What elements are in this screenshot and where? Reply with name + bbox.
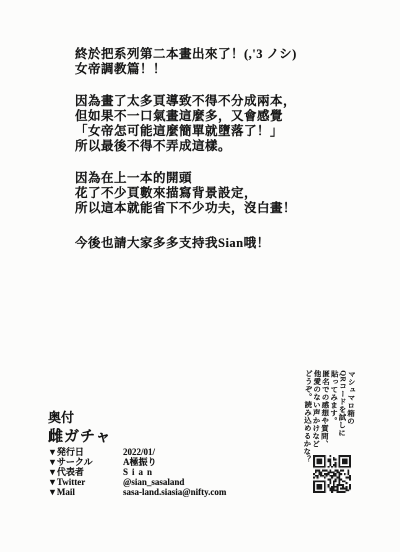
paragraph: 終於把系列第二本畫出來了！(,'3 ノシ)女帝調教篇！！ [75, 47, 375, 77]
colophon-row-value: Sian [123, 467, 156, 477]
note-line: どうぞ。読み込めるかな？ [302, 369, 312, 455]
qr-code [313, 455, 351, 493]
paragraph: 今後也請大家多多支持我Sian哦！ [75, 236, 375, 251]
colophon-row-value: A極振り [123, 457, 157, 467]
text-line: 今後也請大家多多支持我Sian哦！ [75, 236, 375, 251]
book-title: 雌ガチャ [48, 429, 298, 445]
text-line: 女帝調教篇！！ [75, 62, 375, 77]
marshmallow-note: マシュマロ箱のQRコードを試しに貼ってみます。匿名での感想や質問、他愛のない声か… [302, 369, 355, 456]
colophon-row-value: @sian_sasaland [123, 477, 184, 487]
text-line: 「女帝怎可能這麼簡單就墮落了！」 [75, 124, 375, 139]
colophon-row: ▼サークルA極振り [48, 458, 298, 468]
text-line: 因為畫了太多頁導致不得不分成兩本， [75, 94, 375, 109]
text-line: 但如果不一口氣畫這麼多，又會感覺 [75, 109, 375, 124]
text-line: 所以這本就能省下不少功夫，沒白畫！ [75, 201, 375, 216]
colophon: 奥付 雌ガチャ ▼発行日2022/01/▼サークルA極振り▼代表者Sian▼Tw… [48, 411, 298, 498]
paragraph: 因為在上一本的開頭花了不少頁數來描寫背景設定，所以這本就能省下不少功夫，沒白畫！ [75, 171, 375, 216]
colophon-heading: 奥付 [48, 411, 298, 425]
colophon-row-value: sasa-land.siasia@nifty.com [123, 487, 226, 497]
afterword-page: 終於把系列第二本畫出來了！(,'3 ノシ)女帝調教篇！！因為畫了太多頁導致不得不… [0, 0, 400, 552]
text-line: 所以最後不得不弄成這樣。 [75, 139, 375, 154]
text-line: 終於把系列第二本畫出來了！(,'3 ノシ) [75, 47, 375, 62]
colophon-row: ▼Mailsasa-land.siasia@nifty.com [48, 488, 298, 498]
colophon-rows: ▼発行日2022/01/▼サークルA極振り▼代表者Sian▼Twitter@si… [48, 448, 298, 498]
colophon-row-label: ▼Mail [48, 488, 123, 498]
text-line: 花了不少頁數來描寫背景設定， [75, 186, 375, 201]
paragraph: 因為畫了太多頁導致不得不分成兩本，但如果不一口氣畫這麼多，又會感覺「女帝怎可能這… [75, 94, 375, 154]
afterword-text: 終於把系列第二本畫出來了！(,'3 ノシ)女帝調教篇！！因為畫了太多頁導致不得不… [75, 47, 375, 268]
text-line: 因為在上一本的開頭 [75, 171, 375, 186]
colophon-row-value: 2022/01/ [123, 447, 155, 457]
